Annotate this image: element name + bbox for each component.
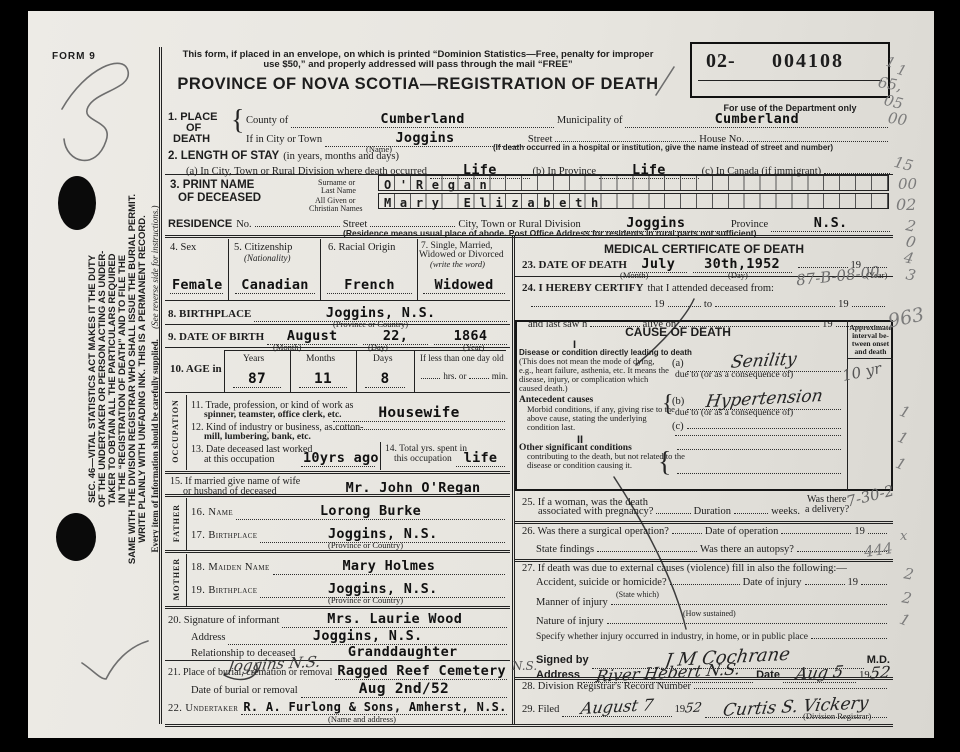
burial-place-value: Ragged Reef Cemetery [337, 663, 506, 679]
record-number-label: 28. Division Registrar's Record Number [522, 681, 691, 692]
informant-address-row: Address Joggins, N.S. [191, 628, 510, 645]
field2-label: 2. LENGTH OF STAY [168, 150, 279, 162]
racial-origin-row: French [324, 277, 415, 294]
occupation-value: Housewife [378, 405, 459, 421]
field13-label-2: at this occupation [204, 454, 275, 465]
death-day-sub: (Day) [728, 270, 748, 280]
interval-line-4: and death [849, 348, 892, 356]
maiden-name-value: Mary Holmes [342, 558, 435, 574]
other-row-2 [674, 473, 844, 474]
age-years-label: Years [243, 354, 264, 364]
pencil-mark: 1 [895, 428, 911, 448]
sex-row: Female [167, 277, 226, 294]
field1-label-3: DEATH [173, 133, 210, 145]
record-number-row: 28. Division Registrar's Record Number [522, 681, 890, 692]
racial-origin-label: 6. Racial Origin [328, 242, 395, 253]
informant-address-value: Joggins, N.S. [313, 628, 423, 644]
interval-column-border [847, 320, 848, 491]
mother-name-row: 18. Maiden Name Mary Holmes [191, 558, 508, 575]
accident-label: Accident, suicide or homicide? [536, 577, 667, 588]
row-rule [165, 300, 510, 301]
manner-row: Manner of injury [536, 597, 890, 608]
division-registrar-sub: (Division Registrar) [803, 711, 871, 721]
nature-row: Nature of injury [536, 616, 890, 627]
father-name-label: 16. Name [191, 507, 233, 518]
burial-place-row: 21. Place of burial, cremation or remova… [168, 663, 510, 680]
form-number: FORM 9 [52, 51, 96, 62]
field1-county-row: County of Cumberland Municipality of Cum… [246, 111, 891, 128]
pencil-mark: 00 [898, 175, 917, 193]
cell-border [228, 239, 229, 300]
surname-sub-2: Last Name [321, 186, 356, 195]
field11-row: Housewife [330, 405, 508, 422]
row-rule [165, 660, 510, 661]
other-row-1 [674, 449, 844, 450]
marital-sub: (write the word) [430, 259, 485, 269]
date-of-birth-row: 9. DATE OF BIRTH August 22, 1864 [168, 328, 510, 345]
hospital-sub: (If death occurred in a hospital or inst… [493, 143, 833, 152]
relationship-value: Granddaughter [348, 644, 458, 660]
age-label: 10. AGE in [170, 363, 222, 375]
mail-note-line2: use $50,” and properly addressed will pa… [168, 59, 668, 70]
registration-number: 004108 [772, 50, 844, 73]
age-min-label: min. [492, 371, 508, 381]
cell-border [417, 239, 418, 300]
left-border-rule [159, 47, 162, 724]
pencil-mark: 02 [896, 195, 916, 214]
certify-from-row: 19 to 19 [528, 299, 888, 310]
birthplace-label: 8. BIRTHPLACE [168, 308, 251, 320]
pencil-mark: x [900, 529, 907, 544]
father-birthplace-sub: (Province or Country) [328, 540, 403, 550]
disease-note: (This does not mean the mode of dying, e… [519, 357, 669, 393]
given-sub-2: Christian Names [309, 204, 363, 213]
informant-address-label: Address [191, 632, 225, 643]
due-to-2: due to (or as a consequence of) [675, 408, 793, 418]
accident-row: Accident, suicide or homicide? Date of i… [536, 577, 890, 588]
pencil-mark: 1 [897, 402, 913, 422]
field3-label-1: 3. PRINT NAME [170, 179, 254, 191]
injury-19: 19 [848, 577, 859, 588]
death-month-sub: (Month) [620, 270, 648, 280]
undertaker-label: 22. Undertaker [168, 703, 238, 714]
pencil-mark: 963 [886, 303, 926, 332]
certify-19a: 19 [654, 299, 665, 310]
maiden-name-label: 18. Maiden Name [191, 562, 270, 573]
age-hrs-row: hrs. or min. [418, 371, 508, 381]
manner-label: Manner of injury [536, 597, 608, 608]
row-rule [165, 392, 510, 393]
left-margin-duty-text: SEC. 46—VITAL STATISTICS ACT MAKES IT TH… [88, 169, 148, 589]
field2-header-row: 2. LENGTH OF STAY (in years, months and … [168, 150, 399, 162]
total-years-value: life [464, 450, 498, 466]
marital-row: Widowed [420, 277, 508, 294]
cell-border [320, 239, 321, 300]
undertaker-value: R. A. Furlong & Sons, Amherst, N.S. [243, 700, 506, 714]
pencil-mark: 15 [892, 153, 915, 175]
filed-date-value: August 7 [579, 695, 654, 718]
group-border [186, 395, 187, 470]
age-months-value: 11 [314, 371, 332, 387]
age-cell-border [224, 350, 225, 392]
pencil-mark: 3 [904, 265, 917, 285]
autopsy-label: Was there an autopsy? [700, 544, 794, 555]
specify-label: Specify whether injury occurred in indus… [536, 632, 808, 642]
age-box-top [224, 350, 506, 351]
pencil-mark: 444 [863, 539, 894, 561]
informant-label: 20. Signature of informant [168, 615, 279, 626]
certify-label-bold: 24. I HEREBY CERTIFY [522, 282, 643, 294]
marital-value: Widowed [435, 277, 494, 293]
father-birthplace-label: 17. Birthplace [191, 530, 257, 541]
group-border [186, 498, 187, 550]
sex-value: Female [172, 277, 223, 293]
citizenship-sub: (Nationality) [244, 253, 291, 263]
row-rule-double [165, 606, 510, 609]
undertaker-sub: (Name and address) [328, 714, 396, 724]
findings-label: State findings [536, 544, 594, 555]
row-rule [165, 347, 510, 348]
citizenship-value: Canadian [241, 277, 308, 293]
row-rule-double [165, 550, 510, 553]
last-worked-value: 10yrs ago [303, 450, 379, 466]
operation-19: 19 [854, 526, 865, 537]
operation-label: 26. Was there a surgical operation? [522, 526, 669, 537]
age-days-row: 8 [362, 371, 408, 388]
cause-a-row: (a) Senility [672, 351, 844, 372]
specify-row: Specify whether injury occurred in indus… [536, 632, 890, 642]
operation-row: 26. Was there a surgical operation? Date… [522, 526, 890, 537]
field14-label-2: this occupation [394, 454, 452, 464]
registration-box-rule [698, 80, 882, 81]
mother-birthplace-label: 19. Birthplace [191, 585, 257, 596]
ns-handwriting: N.S. [512, 659, 537, 673]
field1-brace: { [231, 105, 244, 137]
citizenship-label: 5. Citizenship [234, 242, 292, 253]
page-title: PROVINCE OF NOVA SCOTIA—REGISTRATION OF … [156, 75, 680, 94]
row-rule [165, 324, 510, 325]
given-names-value: Mary Elizabeth [384, 196, 607, 210]
sex-label: 4. Sex [170, 242, 196, 253]
filed-year-value: 52 [684, 700, 703, 716]
certify-19b: 19 [838, 299, 849, 310]
burial-place-label: 21. Place of burial, cremation or remova… [168, 667, 332, 678]
burial-date-value: Aug 2nd/52 [359, 681, 449, 697]
certify-label: that I attended deceased from: [647, 283, 774, 294]
nature-label: Nature of injury [536, 616, 604, 627]
medical-certificate-title: MEDICAL CERTIFICATE OF DEATH [515, 242, 893, 256]
age-cell-border [356, 350, 357, 392]
field11-label-2: spinner, teamster, office clerk, etc. [204, 410, 342, 420]
row-rule-double [165, 494, 510, 497]
racial-origin-value: French [344, 277, 395, 293]
cause-title: CAUSE OF DEATH [548, 325, 808, 339]
injury-date-label: Date of injury [743, 577, 802, 588]
municipality-label: Municipality of [557, 115, 623, 126]
operation-date-label: Date of operation [705, 526, 778, 537]
row-rule-double [515, 521, 893, 524]
given-names-letter-grid: Mary Elizabeth [378, 193, 889, 209]
field2-label-sub: (in years, months and days) [283, 151, 399, 162]
due-to-1: due to (or as a consequence of) [675, 370, 793, 380]
delivery-label-2: a delivery? [805, 504, 849, 515]
undertaker-row: 22. Undertaker R. A. Furlong & Sons, Amh… [168, 700, 510, 715]
interval-header-rule [847, 358, 893, 359]
field3-label-2: OF DECEASED [178, 192, 261, 204]
mother-birthplace-sub: (Province or Country) [328, 595, 403, 605]
weeks-label: weeks. [771, 506, 800, 517]
interval-header: Approximate interval be- tween onset and… [849, 324, 892, 356]
registration-number-box: 02- 004108 [690, 42, 890, 98]
duration-label: Duration [694, 506, 731, 517]
city-value: Joggins [395, 130, 454, 146]
dob-label: 9. DATE OF BIRTH [168, 331, 264, 343]
external-causes-label: 27. If death was due to external causes … [522, 563, 847, 574]
death-registration-form: FORM 9 SEC. 46—VITAL STATISTICS ACT MAKE… [28, 11, 934, 738]
pencil-swirl [62, 63, 128, 160]
mother-group-label: MOTHER [172, 555, 181, 603]
row-rule-double [515, 559, 893, 562]
informant-row: 20. Signature of informant Mrs. Laurie W… [168, 611, 510, 628]
citizenship-row: Canadian [232, 277, 318, 294]
cause-b-label: (b) [672, 396, 684, 407]
residence-no-label: No. [236, 219, 251, 230]
row-rule-double [165, 471, 510, 474]
field25-row: associated with pregnancy? Duration week… [538, 506, 800, 517]
age-years-row: 87 [230, 371, 284, 388]
burial-date-label: Date of burial or removal [191, 685, 298, 696]
father-name-value: Lorong Burke [320, 503, 421, 519]
findings-row: State findings Was there an autopsy? [536, 544, 890, 555]
county-value: Cumberland [380, 111, 464, 127]
city-label: If in City or Town [246, 134, 322, 145]
field12-label-2: mill, lumbering, bank, etc. [204, 432, 311, 442]
pencil-mark: 2 [901, 588, 914, 607]
certify-to: to [704, 299, 712, 310]
municipality-value: Cumberland [715, 111, 799, 127]
cause-c-label: (c) [672, 421, 684, 432]
cell-border [380, 442, 381, 470]
pencil-mark: 1 [897, 610, 913, 630]
age-months-row: 11 [296, 371, 350, 388]
age-days-label: Days [373, 354, 393, 364]
cause-extra-row [672, 435, 844, 436]
age-less-label: If less than one day old [420, 353, 504, 363]
age-days-value: 8 [380, 371, 389, 387]
section-divider-rule [165, 235, 893, 238]
age-cell-border [414, 350, 415, 392]
physician-address-row: Address River Hebert N.S. Date Aug 5 19 … [536, 663, 890, 683]
father-group-label: FATHER [172, 499, 181, 547]
burial-date-row: Date of burial or removal Aug 2nd/52 [191, 681, 510, 698]
cause-a-label: (a) [672, 358, 684, 369]
field25-label-2: associated with pregnancy? [538, 506, 653, 517]
surname-value: O'Regan [384, 178, 495, 192]
pencil-mark: 00 [887, 109, 908, 129]
occupation-group-label: OCCUPATION [171, 395, 180, 467]
certify-row: 24. I HEREBY CERTIFY that I attended dec… [522, 282, 774, 294]
antecedent-note: Morbid conditions, if any, giving rise t… [527, 405, 679, 432]
residence-province-value: N.S. [814, 215, 848, 231]
bottom-rule [165, 724, 893, 727]
filed-label: 29. Filed [522, 704, 559, 715]
cause-c-row: (c) [672, 421, 844, 432]
date-of-death-label: 23. DATE OF DEATH [522, 259, 627, 271]
father-name-row: 16. Name Lorong Burke [191, 503, 508, 520]
row-rule-double [515, 677, 893, 680]
field14-row: life [453, 450, 508, 467]
surname-letter-grid: O'Regan [378, 175, 889, 191]
registration-prefix: 02- [706, 50, 736, 73]
pencil-checkmark [82, 641, 148, 679]
group-border [186, 554, 187, 606]
informant-value: Mrs. Laurie Wood [327, 611, 462, 627]
age-months-label: Months [306, 354, 335, 364]
duty-line-6: WRITE PLAINLY WITH UNFADING INK. THIS IS… [138, 169, 148, 589]
county-label: County of [246, 115, 288, 126]
age-cell-border [290, 350, 291, 392]
age-years-value: 87 [248, 371, 266, 387]
pencil-mark: 2 [903, 564, 916, 583]
pencil-mark: 1 [893, 454, 909, 474]
other-conditions-brace: { [658, 447, 671, 479]
field13-row: 10yrs ago [298, 450, 378, 467]
age-hrs-label: hrs. or [443, 371, 466, 381]
residence-label: RESIDENCE [168, 218, 232, 230]
cause-b-row: (b) Hypertension [672, 389, 844, 410]
field12-row [330, 429, 508, 430]
